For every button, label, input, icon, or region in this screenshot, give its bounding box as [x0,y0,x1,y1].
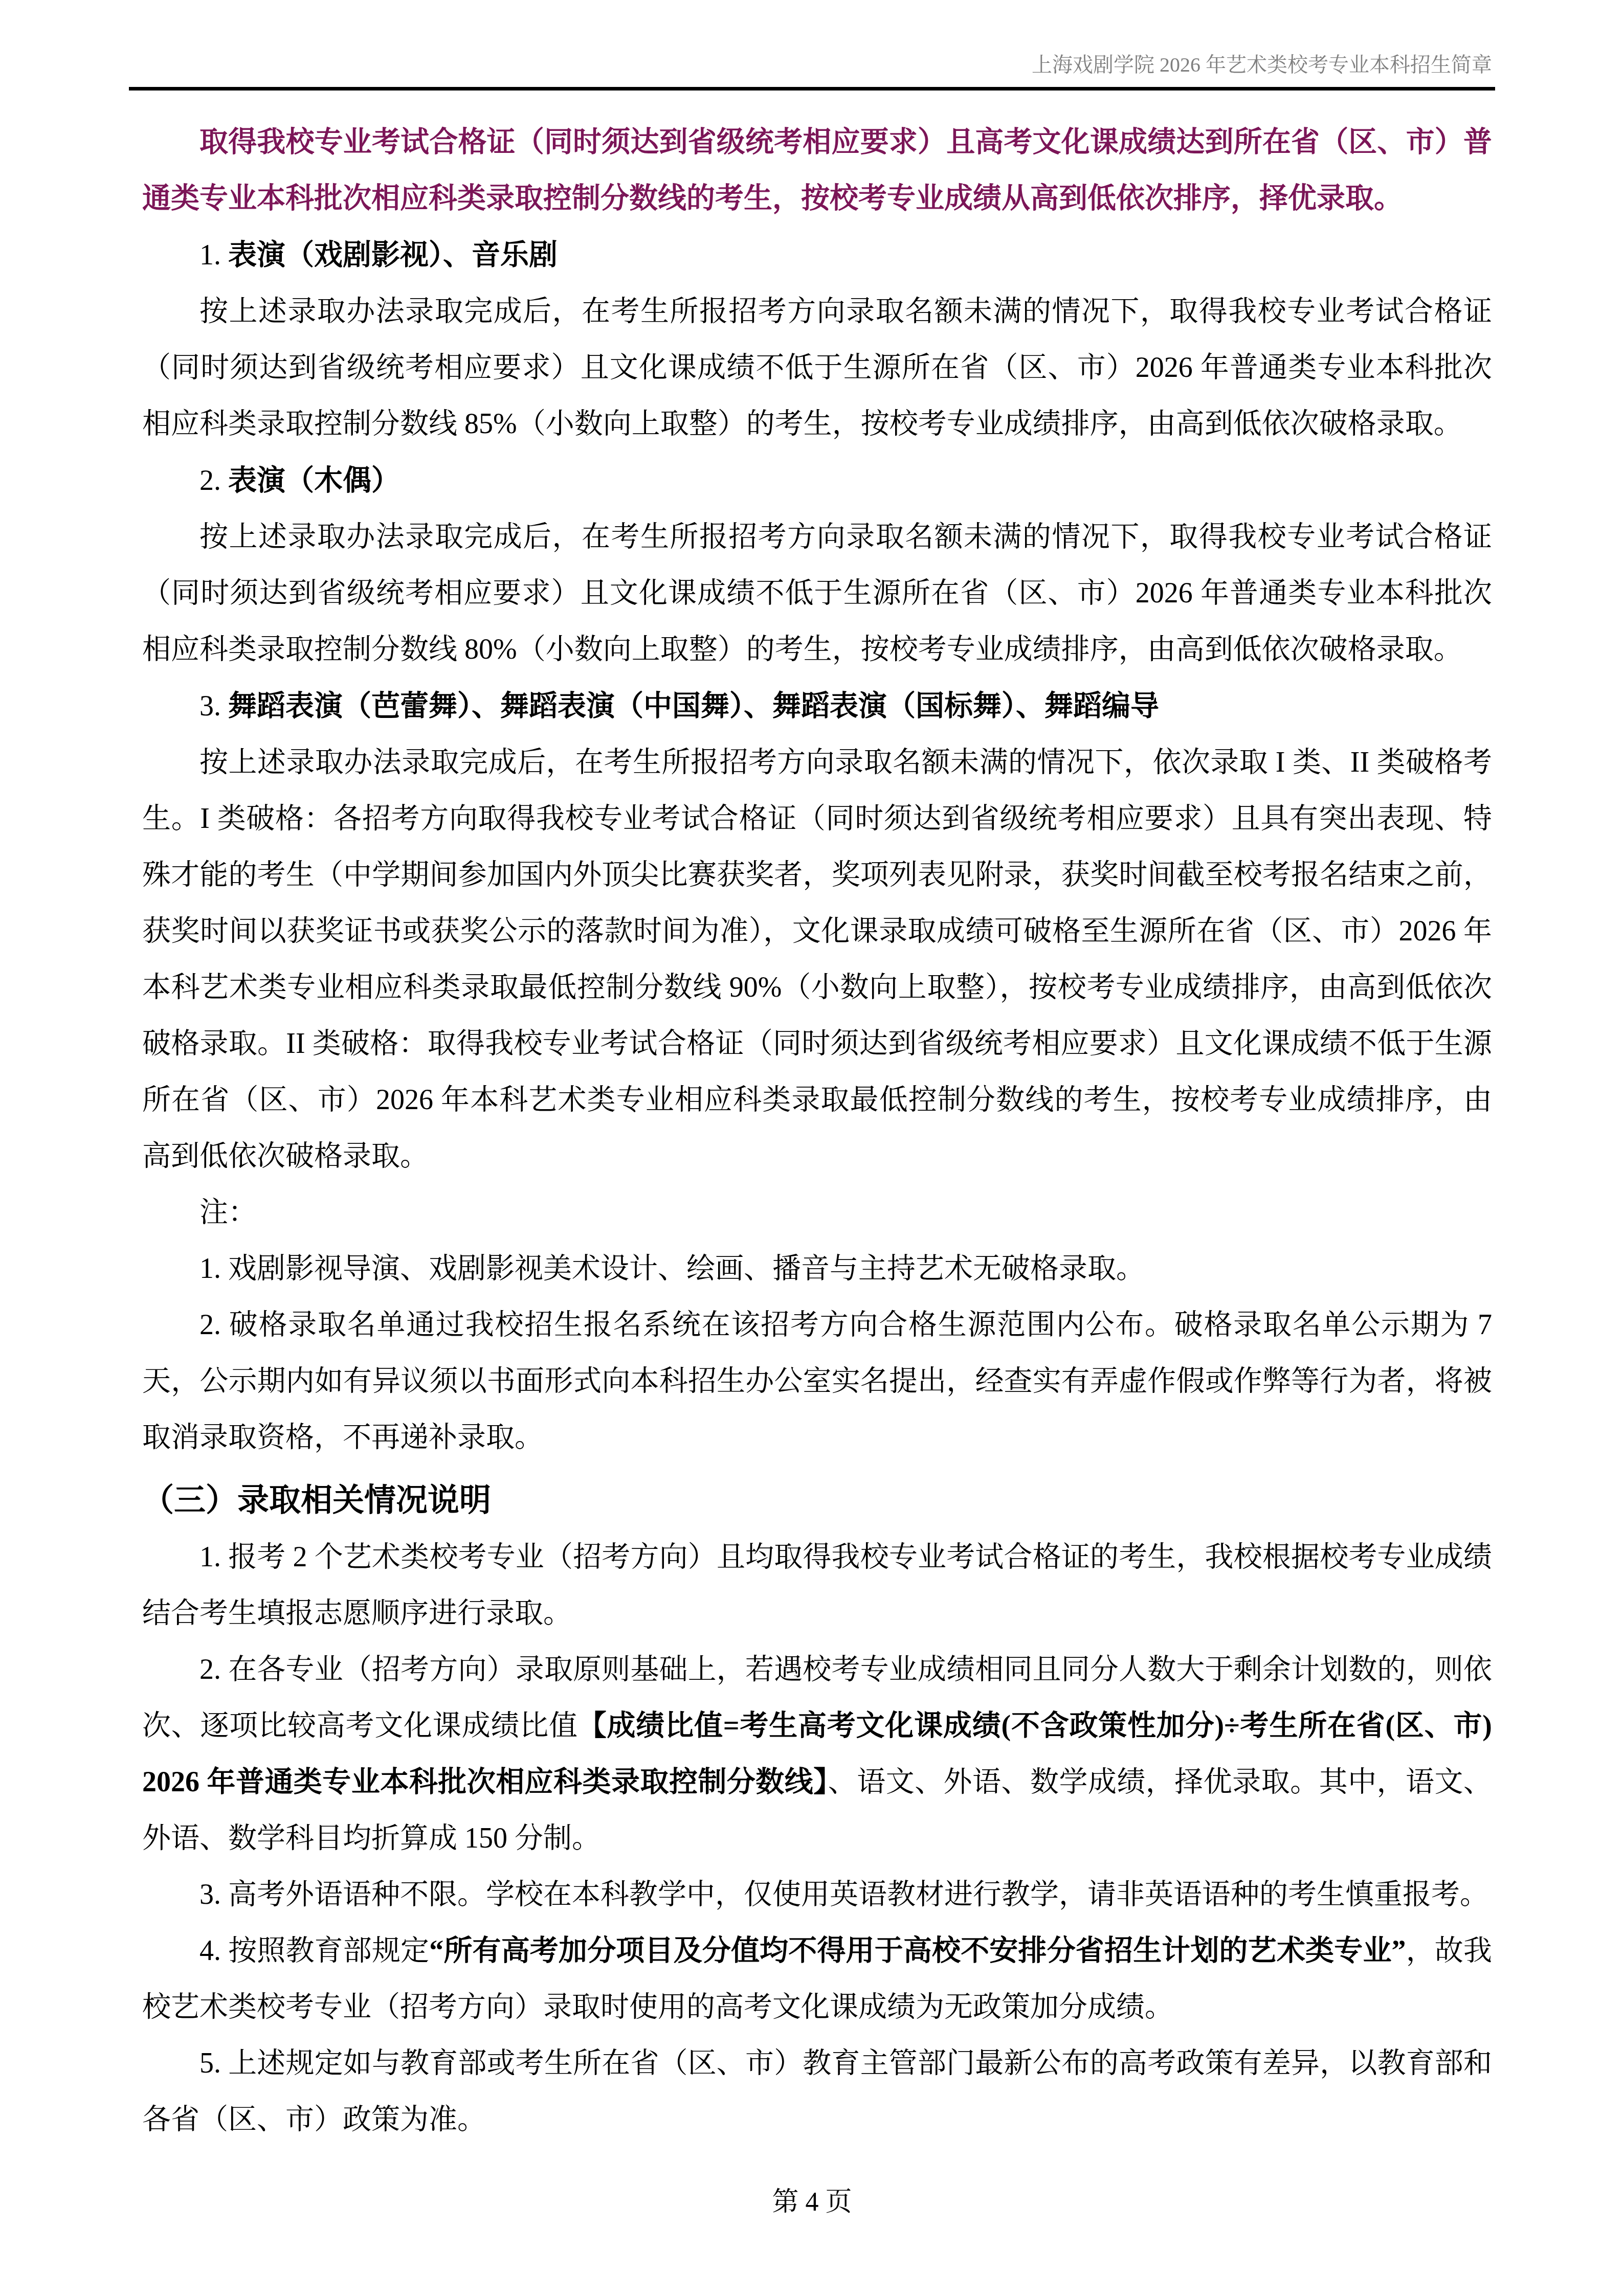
subheading-performance-drama-musical: 1. 表演（戏剧影视）、音乐剧 [142,227,1492,283]
text-run: 3. [199,690,228,722]
item-1-two-majors: 1. 报考 2 个艺术类校考专业（招考方向）且均取得我校专业考试合格证的考生，我… [142,1529,1492,1641]
text-run: 2. [199,465,228,497]
section-heading-admission-notes: （三）录取相关情况说明 [142,1473,1492,1529]
text-run: 1. 报考 2 个艺术类校考专业（招考方向）且均取得我校专业考试合格证的考生，我… [142,1541,1492,1629]
item-5-policy-precedence: 5. 上述规定如与教育部或考生所在省（区、市）教育主管部门最新公布的高考政策有差… [142,2035,1492,2148]
document-page: 上海戏剧学院 2026 年艺术类校考专业本科招生简章 取得我校专业考试合格证（同… [0,0,1624,2296]
text-run: 舞蹈表演（芭蕾舞）、舞蹈表演（中国舞）、舞蹈表演（国标舞）、舞蹈编导 [228,689,1159,722]
text-run: 按上述录取办法录取完成后，在考生所报招考方向录取名额未满的情况下，依次录取 I … [142,747,1492,1172]
text-run: 1. 戏剧影视导演、戏剧影视美术设计、绘画、播音与主持艺术无破格录取。 [199,1253,1145,1285]
text-run: 5. 上述规定如与教育部或考生所在省（区、市）教育主管部门最新公布的高考政策有差… [142,2047,1492,2135]
text-run: 表演（戏剧影视）、音乐剧 [228,238,558,271]
text-run: 3. 高考外语语种不限。学校在本科教学中，仅使用英语教材进行教学，请非英语语种的… [199,1879,1488,1910]
text-run: 2. 破格录取名单通过我校招生报名系统在该招考方向合格生源范围内公布。破格录取名… [142,1309,1492,1453]
page-header-title: 上海戏剧学院 2026 年艺术类校考专业本科招生简章 [0,0,1624,79]
text-run: “所有高考加分项目及分值均不得用于高校不安排分省招生计划的艺术类专业” [429,1935,1406,1967]
intro-priority-admission-paragraph: 取得我校专业考试合格证（同时须达到省级统考相应要求）且高考文化课成绩达到所在省（… [142,114,1492,227]
subheading-performance-puppet: 2. 表演（木偶） [142,452,1492,509]
note-2-publicity-period: 2. 破格录取名单通过我校招生报名系统在该招考方向合格生源范围内公布。破格录取名… [142,1297,1492,1466]
text-run: 表演（木偶） [228,464,400,496]
subheading-dance: 3. 舞蹈表演（芭蕾舞）、舞蹈表演（中国舞）、舞蹈表演（国标舞）、舞蹈编导 [142,678,1492,734]
para-dance-rule: 按上述录取办法录取完成后，在考生所报招考方向录取名额未满的情况下，依次录取 I … [142,734,1492,1184]
text-run: 注： [199,1197,257,1228]
para-performance-puppet-rule: 按上述录取办法录取完成后，在考生所报招考方向录取名额未满的情况下，取得我校专业考… [142,509,1492,678]
item-2-tiebreaker-formula: 2. 在各专业（招考方向）录取原则基础上，若遇校考专业成绩相同且同分人数大于剩余… [142,1641,1492,1866]
page-number: 第 4 页 [0,2185,1624,2220]
document-body: 取得我校专业考试合格证（同时须达到省级统考相应要求）且高考文化课成绩达到所在省（… [142,114,1492,2148]
text-run: 按上述录取办法录取完成后，在考生所报招考方向录取名额未满的情况下，取得我校专业考… [142,296,1492,440]
text-run: 取得我校专业考试合格证（同时须达到省级统考相应要求）且高考文化课成绩达到所在省（… [142,126,1492,214]
text-run: 按上述录取办法录取完成后，在考生所报招考方向录取名额未满的情况下，取得我校专业考… [142,521,1492,665]
item-4-no-bonus-points: 4. 按照教育部规定“所有高考加分项目及分值均不得用于高校不安排分省招生计划的艺… [142,1923,1492,2035]
text-run: 1. [199,239,228,271]
note-1-no-exception: 1. 戏剧影视导演、戏剧影视美术设计、绘画、播音与主持艺术无破格录取。 [142,1241,1492,1297]
note-label: 注： [142,1184,1492,1241]
header-rule [129,87,1495,91]
para-performance-drama-musical-rule: 按上述录取办法录取完成后，在考生所报招考方向录取名额未满的情况下，取得我校专业考… [142,283,1492,452]
text-run: 4. 按照教育部规定 [199,1935,429,1967]
item-3-foreign-language: 3. 高考外语语种不限。学校在本科教学中，仅使用英语教材进行教学，请非英语语种的… [142,1866,1492,1923]
text-run: （三）录取相关情况说明 [142,1483,491,1518]
